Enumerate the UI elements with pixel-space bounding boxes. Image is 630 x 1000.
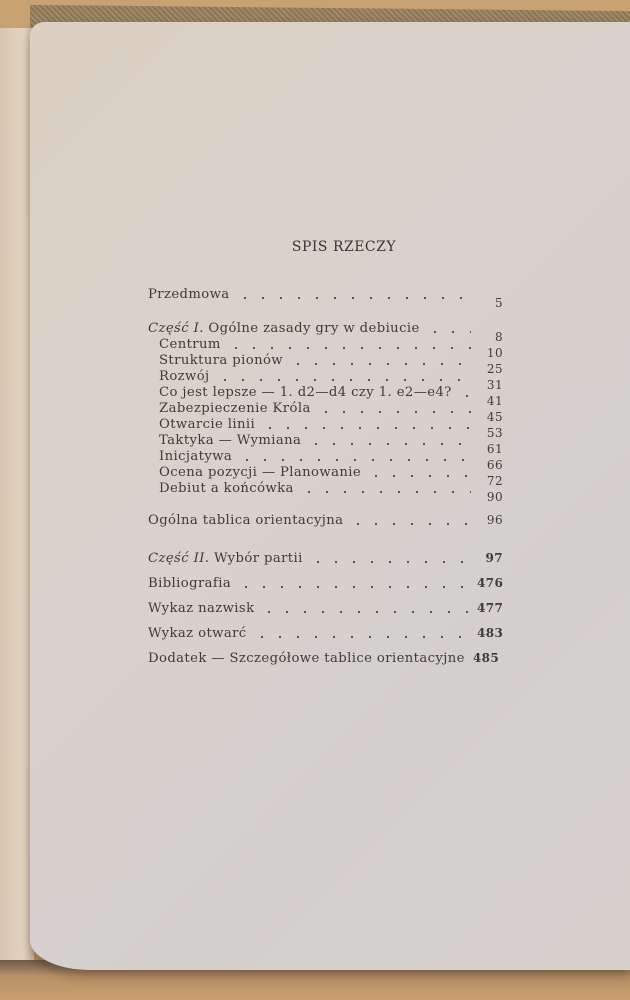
toc-entry: Co jest lepsze — 1. d2—d4 czy 1. e2—e4? … [148,384,503,400]
toc-entry: Wykaz otwarć 483 [148,625,503,641]
dot-leader [260,606,471,616]
page-number: 483 [477,625,503,641]
toc-entry: Wykaz nazwisk 477 [148,600,503,616]
page-number: 476 [477,575,503,591]
page-title: SPIS RZECZY [44,239,630,255]
toc-entry: Ogólna tablica orientacyjna 96 [148,512,503,528]
toc-entry: Taktyka — Wymiana 61 [148,432,503,448]
dot-leader [261,422,471,432]
toc-entry: Centrum 10 [148,336,503,352]
dot-leader [307,438,471,448]
dot-leader [236,292,471,302]
toc-entry: Dodatek — Szczegółowe tablice orientacyj… [148,650,503,666]
dot-leader [458,390,471,400]
dot-leader [349,518,471,528]
dot-leader [238,454,471,464]
book-page: SPIS RZECZY Przedmowa 5 Część I. Ogólne … [30,22,630,970]
dot-leader [237,581,471,591]
page-number: 96 [477,512,503,528]
toc-entry: Część I. Ogólne zasady gry w debiucie 8 [148,320,503,336]
table-of-contents: Przedmowa 5 Część I. Ogólne zasady gry w… [148,286,503,666]
toc-entry: Ocena pozycji — Planowanie 72 [148,464,503,480]
page-number: 97 [477,550,503,566]
toc-entry: Bibliografia 476 [148,575,503,591]
dot-leader [300,486,471,496]
toc-entry: Rozwój 31 [148,368,503,384]
toc-entry: Inicjatywa 66 [148,448,503,464]
toc-entry: Otwarcie linii 53 [148,416,503,432]
dot-leader [289,358,471,368]
dot-leader [253,631,471,641]
dot-leader [367,470,471,480]
toc-entry: Debiut a końcówka 90 [148,480,503,496]
toc-entry: Struktura pionów 25 [148,352,503,368]
page-number: 485 [473,650,499,666]
toc-entry: Część II. Wybór partii 97 [148,550,503,566]
page-number: 5 [477,295,503,311]
page-number: 477 [477,600,503,616]
dot-leader [227,342,471,352]
dot-leader [216,374,471,384]
dot-leader [309,556,471,566]
facing-page-edge [0,28,34,968]
toc-entry: Przedmowa 5 [148,286,503,302]
dot-leader [317,406,471,416]
page-number: 90 [477,489,503,505]
toc-entry: Zabezpieczenie Króla 45 [148,400,503,416]
dot-leader [426,326,471,336]
